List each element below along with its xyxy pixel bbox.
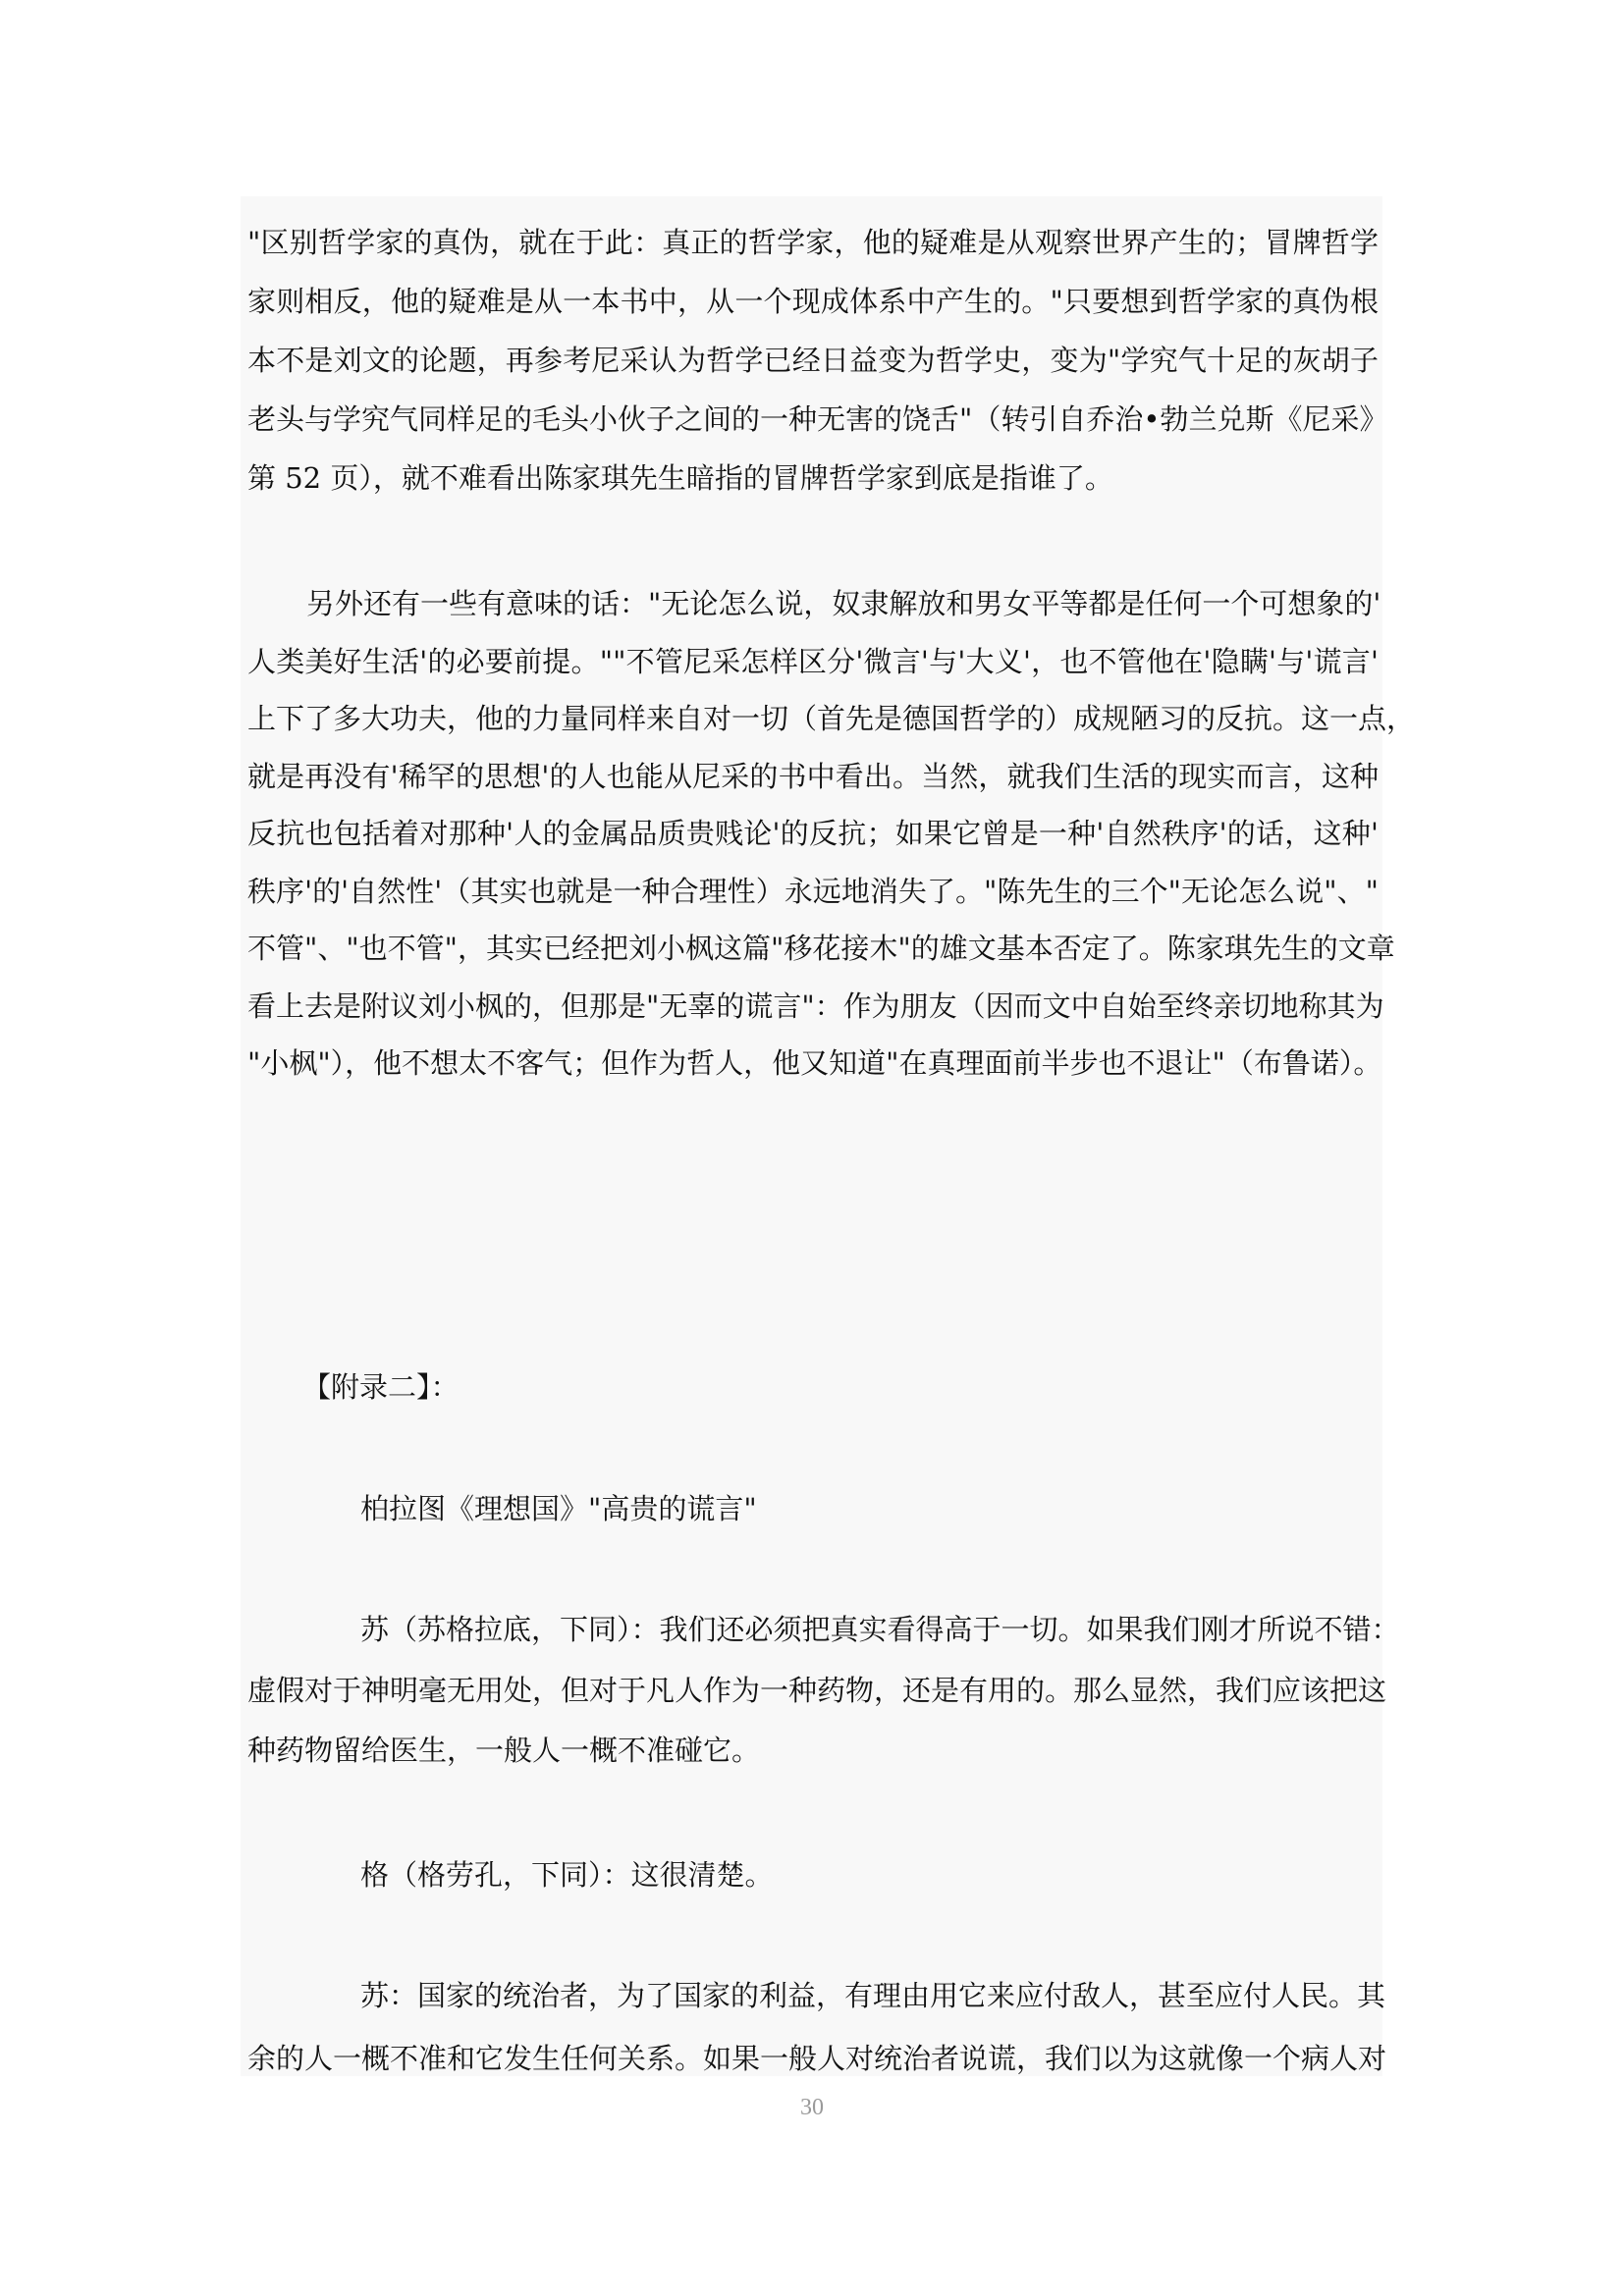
paragraph-line: 苏：国家的统治者，为了国家的利益，有理由用它来应付敌人，甚至应付人民。其	[360, 1976, 1379, 2015]
appendix-heading: 【附录二】：	[302, 1367, 460, 1407]
paragraph-line: 虚假对于神明毫无用处，但对于凡人作为一种药物，还是有用的。那么显然，我们应该把这	[247, 1671, 1379, 1710]
paragraph-line: 苏（苏格拉底，下同）：我们还必须把真实看得高于一切。如果我们刚才所说不错：	[360, 1610, 1379, 1649]
page-number: 30	[783, 2095, 841, 2121]
paragraph-line: 老头与学究气同样足的毛头小伙子之间的一种无害的饶舌"（转引自乔治•勃兰兑斯《尼采…	[247, 400, 1379, 439]
paragraph-line: 本不是刘文的论题，再参考尼采认为哲学已经日益变为哲学史，变为"学究气十足的灰胡子	[247, 341, 1379, 380]
paragraph-line: 就是再没有'稀罕的思想'的人也能从尼采的书中看出。当然，就我们生活的现实而言，这…	[247, 757, 1379, 796]
paragraph-line: 反抗也包括着对那种'人的金属品质贵贱论'的反抗；如果它曾是一种'自然秩序'的话，…	[247, 814, 1379, 853]
paragraph-line: 人类美好生活'的必要前提。""不管尼采怎样区分'微言'与'大义'，也不管他在'隐…	[247, 642, 1379, 681]
paragraph-line: 第 52 页），就不难看出陈家琪先生暗指的冒牌哲学家到底是指谁了。	[247, 458, 1379, 498]
paragraph-line: 种药物留给医生，一般人一概不准碰它。	[247, 1731, 1379, 1770]
paragraph-line: 另外还有一些有意味的话："无论怎么说，奴隶解放和男女平等都是任何一个可想象的'	[306, 584, 1379, 623]
paragraph-line: 家则相反，他的疑难是从一本书中，从一个现成体系中产生的。"只要想到哲学家的真伪根	[247, 282, 1379, 321]
paragraph-line: 看上去是附议刘小枫的，但那是"无辜的谎言"：作为朋友（因而文中自始至终亲切地称其…	[247, 987, 1379, 1026]
paragraph-line: 不管"、"也不管"，其实已经把刘小枫这篇"移花接木"的雄文基本否定了。陈家琪先生…	[247, 929, 1379, 968]
document-page: "区别哲学家的真伪，就在于此：真正的哲学家，他的疑难是从观察世界产生的；冒牌哲学…	[0, 0, 1624, 2296]
appendix-title: 柏拉图《理想国》"高贵的谎言"	[360, 1489, 757, 1528]
paragraph-line: "小枫"），他不想太不客气；但作为哲人，他又知道"在真理面前半步也不退让"（布鲁…	[247, 1043, 1379, 1083]
paragraph-line: 余的人一概不准和它发生任何关系。如果一般人对统治者说谎，我们以为这就像一个病人对	[247, 2039, 1379, 2078]
paragraph-line: 秩序'的'自然性'（其实也就是一种合理性）永远地消失了。"陈先生的三个"无论怎么…	[247, 872, 1379, 911]
paragraph-line: "区别哲学家的真伪，就在于此：真正的哲学家，他的疑难是从观察世界产生的；冒牌哲学	[247, 223, 1379, 262]
paragraph-line: 上下了多大功夫，他的力量同样来自对一切（首先是德国哲学的）成规陋习的反抗。这一点…	[247, 699, 1379, 738]
paragraph-line: 格（格劳孔，下同）：这很清楚。	[360, 1855, 774, 1895]
